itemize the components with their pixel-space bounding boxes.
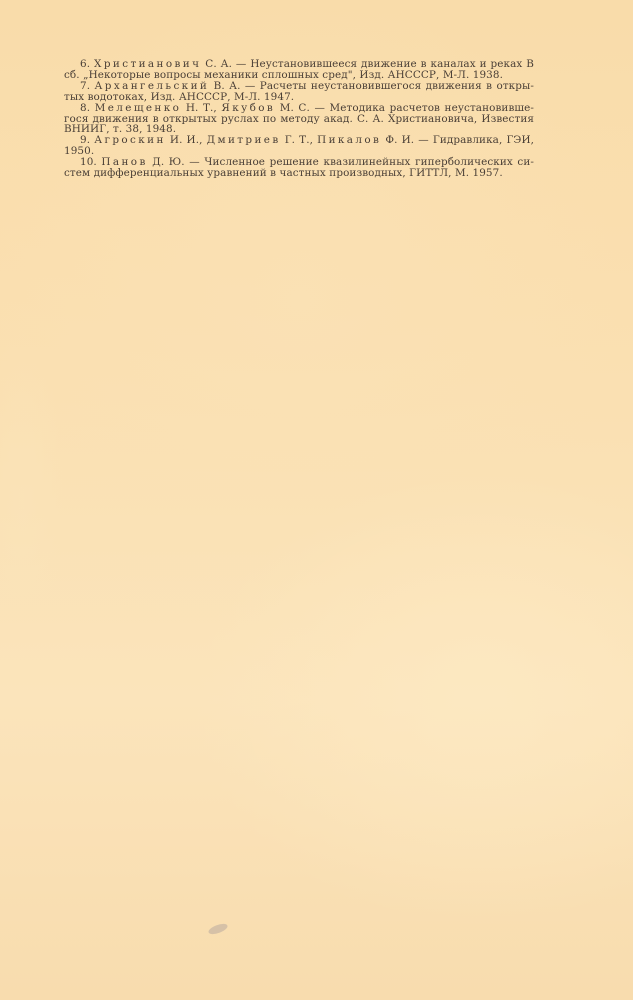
reference-item: 10. Панов Д. Ю. — Численное решение кваз…: [64, 157, 534, 179]
reference-details: гося движения в открытых руслах по метод…: [64, 113, 534, 136]
reference-author: Агроскин: [94, 134, 166, 146]
reference-details: стем дифференциальных уравнений в частны…: [64, 167, 503, 179]
reference-initials-2: Г. Т.,: [285, 134, 313, 146]
reference-item: 7. Архангельский В. А. — Расчеты неустан…: [64, 81, 534, 103]
reference-item: 9. Агроскин И. И., Дмитриев Г. Т., Пикал…: [64, 135, 534, 157]
reference-initials-3: Ф. И.: [385, 134, 414, 146]
reference-item: 6. Христианович С. А. — Неустановившееся…: [64, 59, 534, 81]
reference-initials: И. И.,: [170, 134, 203, 146]
reference-title: — Гидравлика,: [418, 134, 502, 146]
reference-item: 8. Мелещенко Н. Т., Якубов М. С. — Метод…: [64, 103, 534, 136]
reference-author-3: Пикалов: [317, 134, 381, 146]
paper-stain: [207, 922, 229, 936]
scanned-page: 6. Христианович С. А. — Неустановившееся…: [0, 0, 633, 1000]
reference-list: 6. Христианович С. А. — Неустановившееся…: [64, 59, 534, 179]
reference-author-2: Дмитриев: [207, 134, 281, 146]
